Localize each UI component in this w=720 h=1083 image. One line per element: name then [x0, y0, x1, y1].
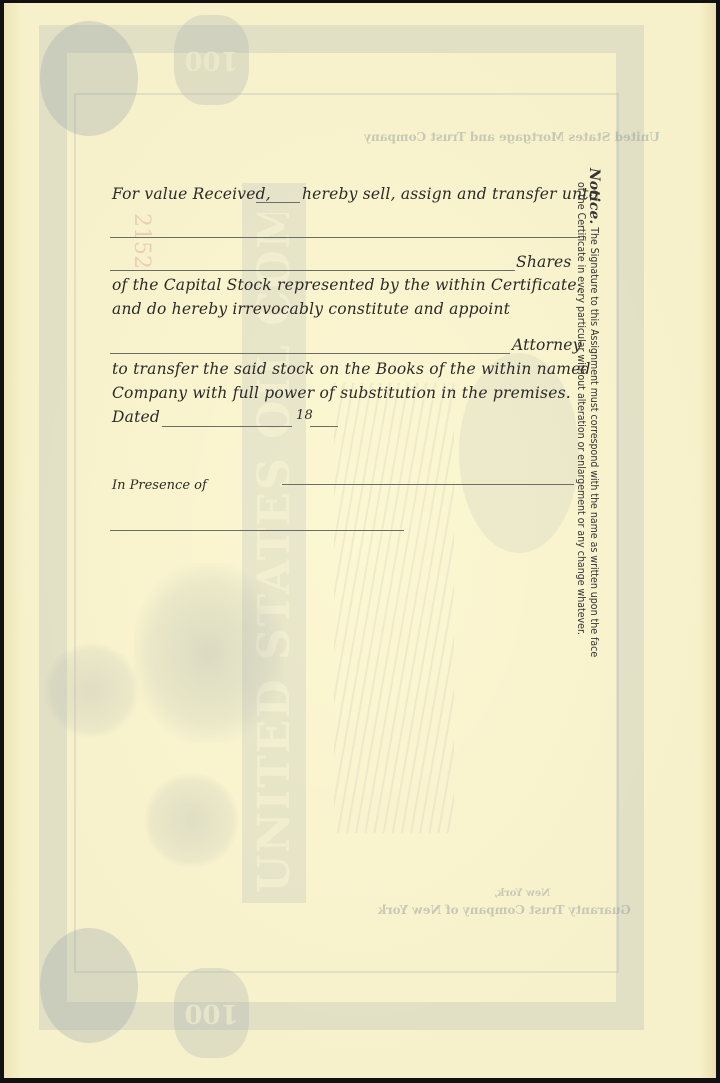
- ghost-certificate-number: 2152: [129, 213, 154, 269]
- notice-line-2: of the Certificate in every particular w…: [574, 168, 587, 648]
- date-blank[interactable]: [162, 426, 292, 427]
- ghost-body-text: [334, 383, 454, 833]
- assignment-line-for-value: For value Received,: [112, 185, 271, 203]
- assignor-blank[interactable]: [256, 202, 300, 203]
- shares-blank[interactable]: [110, 270, 515, 271]
- notice-text: Notice. The Signature to this Assignment…: [574, 168, 600, 648]
- ghost-border-frame: [39, 25, 644, 1030]
- notice-lead: Notice.: [586, 168, 602, 224]
- signature-blank[interactable]: [282, 484, 574, 485]
- ghost-city: New York,: [494, 888, 550, 899]
- assignment-line-substitution: Company with full power of substitution …: [112, 384, 571, 402]
- assignee-blank[interactable]: [110, 237, 580, 238]
- ghost-inner-frame: [74, 93, 619, 973]
- assignment-line-transfer-books: to transfer the said stock on the Books …: [112, 360, 591, 378]
- assignment-line-transfer-unto: hereby sell, assign and transfer unto: [302, 185, 598, 203]
- attorney-label: Attorney: [512, 336, 582, 354]
- assignment-line-capital-stock: of the Capital Stock represented by the …: [112, 276, 582, 294]
- ghost-denomination-bottom: 100: [174, 968, 249, 1058]
- shares-label: Shares: [516, 253, 572, 271]
- ghost-seal: [459, 353, 579, 553]
- assignment-line-appoint: and do hereby irrevocably constitute and…: [112, 300, 510, 318]
- ghost-registrar: Guaranty Trust Company of New York: [378, 903, 631, 917]
- attorney-blank[interactable]: [110, 353, 510, 354]
- year-prefix: 18: [296, 408, 313, 423]
- dated-label: Dated: [112, 408, 160, 426]
- ghost-rosette-left: [44, 643, 139, 738]
- ghost-transfer-agent: United States Mortgage and Trust Company: [364, 130, 660, 144]
- in-presence-of-label: In Presence of: [112, 478, 207, 493]
- notice-line-1: Notice. The Signature to this Assignment…: [587, 168, 600, 648]
- year-blank[interactable]: [310, 426, 338, 427]
- ghost-corner-medallion-top: [40, 21, 138, 136]
- witness-blank[interactable]: [110, 530, 404, 531]
- ghost-rosette-lower: [144, 773, 239, 868]
- ghost-vignette-building: [134, 563, 284, 743]
- ghost-denomination-top: 100: [174, 15, 249, 105]
- certificate-back: 100 100 UNITED STATES OIL COMPANY 2152 U…: [4, 3, 716, 1078]
- ghost-corner-medallion-bottom: [40, 928, 138, 1043]
